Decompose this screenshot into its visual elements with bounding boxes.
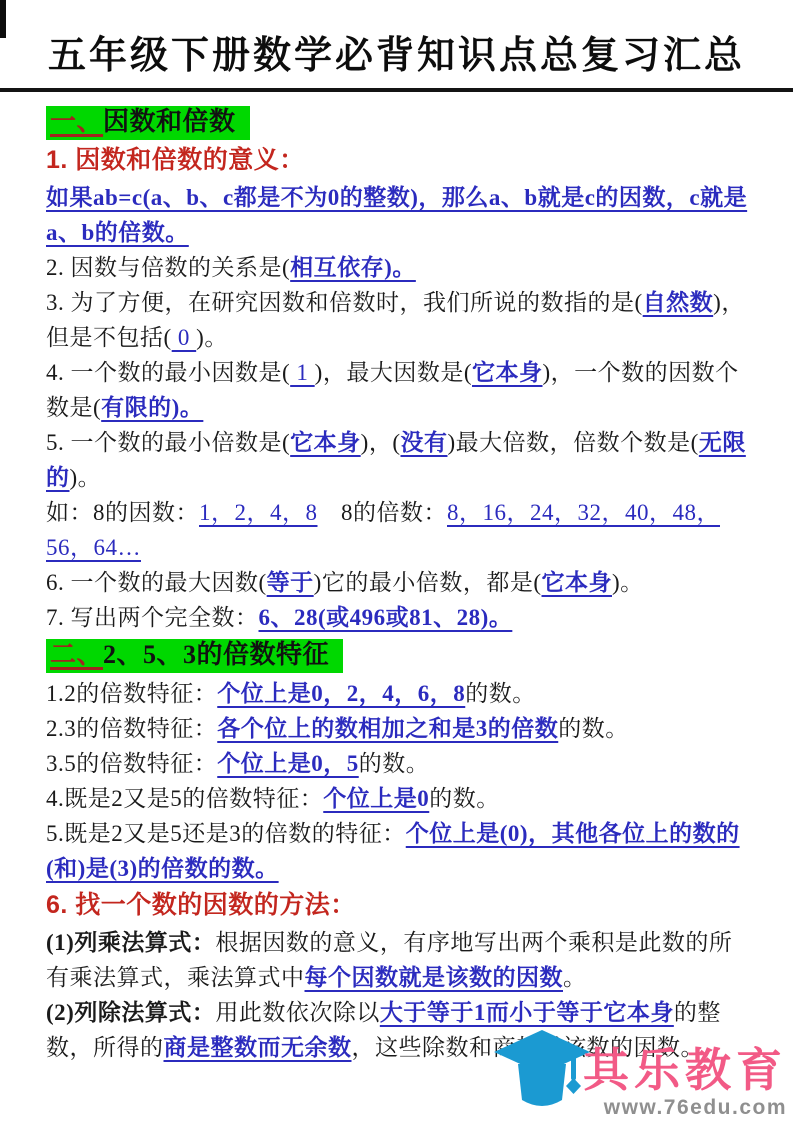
text-segment: )，(	[361, 430, 401, 455]
text-segment: 没有	[401, 430, 448, 455]
text-line: 4.既是2又是5的倍数特征：个位上是0的数。	[46, 781, 755, 816]
text-line: 7. 写出两个完全数：6、28(或496或81、28)。	[46, 600, 755, 635]
section-heading: 一、因数和倍数	[46, 105, 755, 140]
watermark-url: www.76edu.com	[604, 1096, 787, 1120]
text-segment: 1. 因数和倍数的意义：	[46, 146, 305, 174]
text-segment: 大于等于1而小于等于它本身	[380, 1000, 674, 1025]
page-title: 五年级下册数学必背知识点总复习汇总	[10, 34, 783, 80]
text-line: 1.2的倍数特征：个位上是0，2，4，6，8的数。	[46, 676, 755, 711]
text-segment: 的数。	[359, 751, 430, 776]
text-segment: )，最大因数是(	[315, 360, 472, 385]
text-line: 3. 为了方便，在研究因数和倍数时，我们所说的数指的是(自然数)，但是不包括( …	[46, 285, 755, 355]
text-segment: (1)列乘法算式：	[46, 930, 215, 955]
text-segment: 如：8的因数：	[46, 500, 199, 525]
text-segment: 的数。	[465, 681, 536, 706]
text-segment: )最大倍数，倍数个数是(	[448, 430, 699, 455]
text-segment: 6. 一个数的最大因数(	[46, 570, 267, 595]
watermark-text: 其乐教育 www.76edu.com	[583, 1046, 787, 1120]
text-line: 2.3的倍数特征：各个位上的数相加之和是3的倍数的数。	[46, 711, 755, 746]
text-line: 5.既是2又是5还是3的倍数的特征：个位上是(0)，其他各位上的数的(和)是(3…	[46, 816, 755, 886]
text-segment: 1，2，4，8	[199, 500, 318, 525]
text-line: 6. 一个数的最大因数(等于)它的最小倍数，都是(它本身)。	[46, 565, 755, 600]
text-line: (1)列乘法算式：根据因数的意义，有序地写出两个乘积是此数的所有乘法算式，乘法算…	[46, 925, 755, 995]
sub-heading: 1. 因数和倍数的意义：	[46, 143, 755, 178]
text-line: 4. 一个数的最小因数是( 1 )，最大因数是(它本身)，一个数的因数个数是(有…	[46, 355, 755, 425]
text-segment: 。	[563, 965, 587, 990]
content: 一、因数和倍数1. 因数和倍数的意义：如果ab=c(a、b、c都是不为0的整数)…	[0, 92, 793, 1065]
text-segment: )。	[196, 325, 228, 350]
text-segment: 有限的)。	[101, 395, 203, 420]
text-segment: 它本身	[290, 430, 361, 455]
text-segment: 6. 找一个数的因数的方法：	[46, 891, 356, 919]
text-segment: (2)列除法算式：	[46, 1000, 215, 1025]
text-segment: 的数。	[558, 716, 629, 741]
text-segment: 4. 一个数的最小因数是(	[46, 360, 290, 385]
section-heading-highlight: 一、因数和倍数	[46, 106, 250, 140]
text-segment: 5.既是2又是5还是3的倍数的特征：	[46, 821, 406, 846]
text-segment: 用此数依次除以	[215, 1000, 380, 1025]
scan-edge-artifact	[0, 0, 6, 38]
text-segment: 的数。	[429, 786, 500, 811]
text-segment: 每个因数就是该数的因数	[305, 965, 564, 990]
text-segment: 8的倍数：	[318, 500, 448, 525]
text-segment: )。	[612, 570, 644, 595]
text-segment: 商是整数而无余数	[164, 1035, 352, 1060]
text-segment: 个位上是0，5	[217, 751, 359, 776]
text-segment: 个位上是0，2，4，6，8	[217, 681, 465, 706]
text-segment: 0	[172, 325, 197, 350]
text-segment: 等于	[267, 570, 314, 595]
text-segment: 3.5的倍数特征：	[46, 751, 217, 776]
graduation-cap-icon	[491, 1028, 593, 1120]
text-line: 5. 一个数的最小倍数是(它本身)，(没有)最大倍数，倍数个数是(无限的)。	[46, 425, 755, 495]
section-heading: 二、2、5、3的倍数特征	[46, 638, 755, 673]
text-segment: 7. 写出两个完全数：	[46, 605, 259, 630]
watermark-brand: 其乐教育	[583, 1046, 787, 1094]
text-segment: 各个位上的数相加之和是3的倍数	[217, 716, 558, 741]
text-segment: 2、5、3的倍数特征	[103, 640, 329, 669]
text-line: 如：8的因数：1，2，4，8 8的倍数：8，16，24，32，40，48，56，…	[46, 495, 755, 565]
text-segment: )。	[70, 465, 102, 490]
text-segment: 因数和倍数	[103, 107, 236, 136]
text-line: 如果ab=c(a、b、c都是不为0的整数)，那么a、b就是c的因数，c就是a、b…	[46, 180, 755, 250]
watermark: 其乐教育 www.76edu.com	[491, 1028, 787, 1120]
text-segment: 自然数	[643, 290, 714, 315]
text-segment: 它本身	[542, 570, 613, 595]
text-segment: 6、28(或496或81、28)。	[259, 605, 513, 630]
text-segment: 2. 因数与倍数的关系是(	[46, 255, 290, 280]
text-segment: )它的最小倍数，都是(	[314, 570, 542, 595]
text-segment: 如果ab=c(a、b、c都是不为0的整数)，那么a、b就是c的因数，c就是a、b…	[46, 185, 747, 245]
text-segment: 二、	[50, 640, 103, 669]
text-segment: 一、	[50, 107, 103, 136]
text-segment: 3. 为了方便，在研究因数和倍数时，我们所说的数指的是(	[46, 290, 643, 315]
text-line: 3.5的倍数特征：个位上是0，5的数。	[46, 746, 755, 781]
text-segment: 5. 一个数的最小倍数是(	[46, 430, 290, 455]
text-line: 2. 因数与倍数的关系是(相互依存)。	[46, 250, 755, 285]
text-segment: 4.既是2又是5的倍数特征：	[46, 786, 323, 811]
sub-heading: 6. 找一个数的因数的方法：	[46, 888, 755, 923]
text-segment: 2.3的倍数特征：	[46, 716, 217, 741]
text-segment: 个位上是0	[323, 786, 429, 811]
text-segment: 1.2的倍数特征：	[46, 681, 217, 706]
section-heading-highlight: 二、2、5、3的倍数特征	[46, 639, 343, 673]
text-segment: 1	[290, 360, 315, 385]
text-segment: 它本身	[472, 360, 543, 385]
text-segment: 相互依存)。	[290, 255, 416, 280]
